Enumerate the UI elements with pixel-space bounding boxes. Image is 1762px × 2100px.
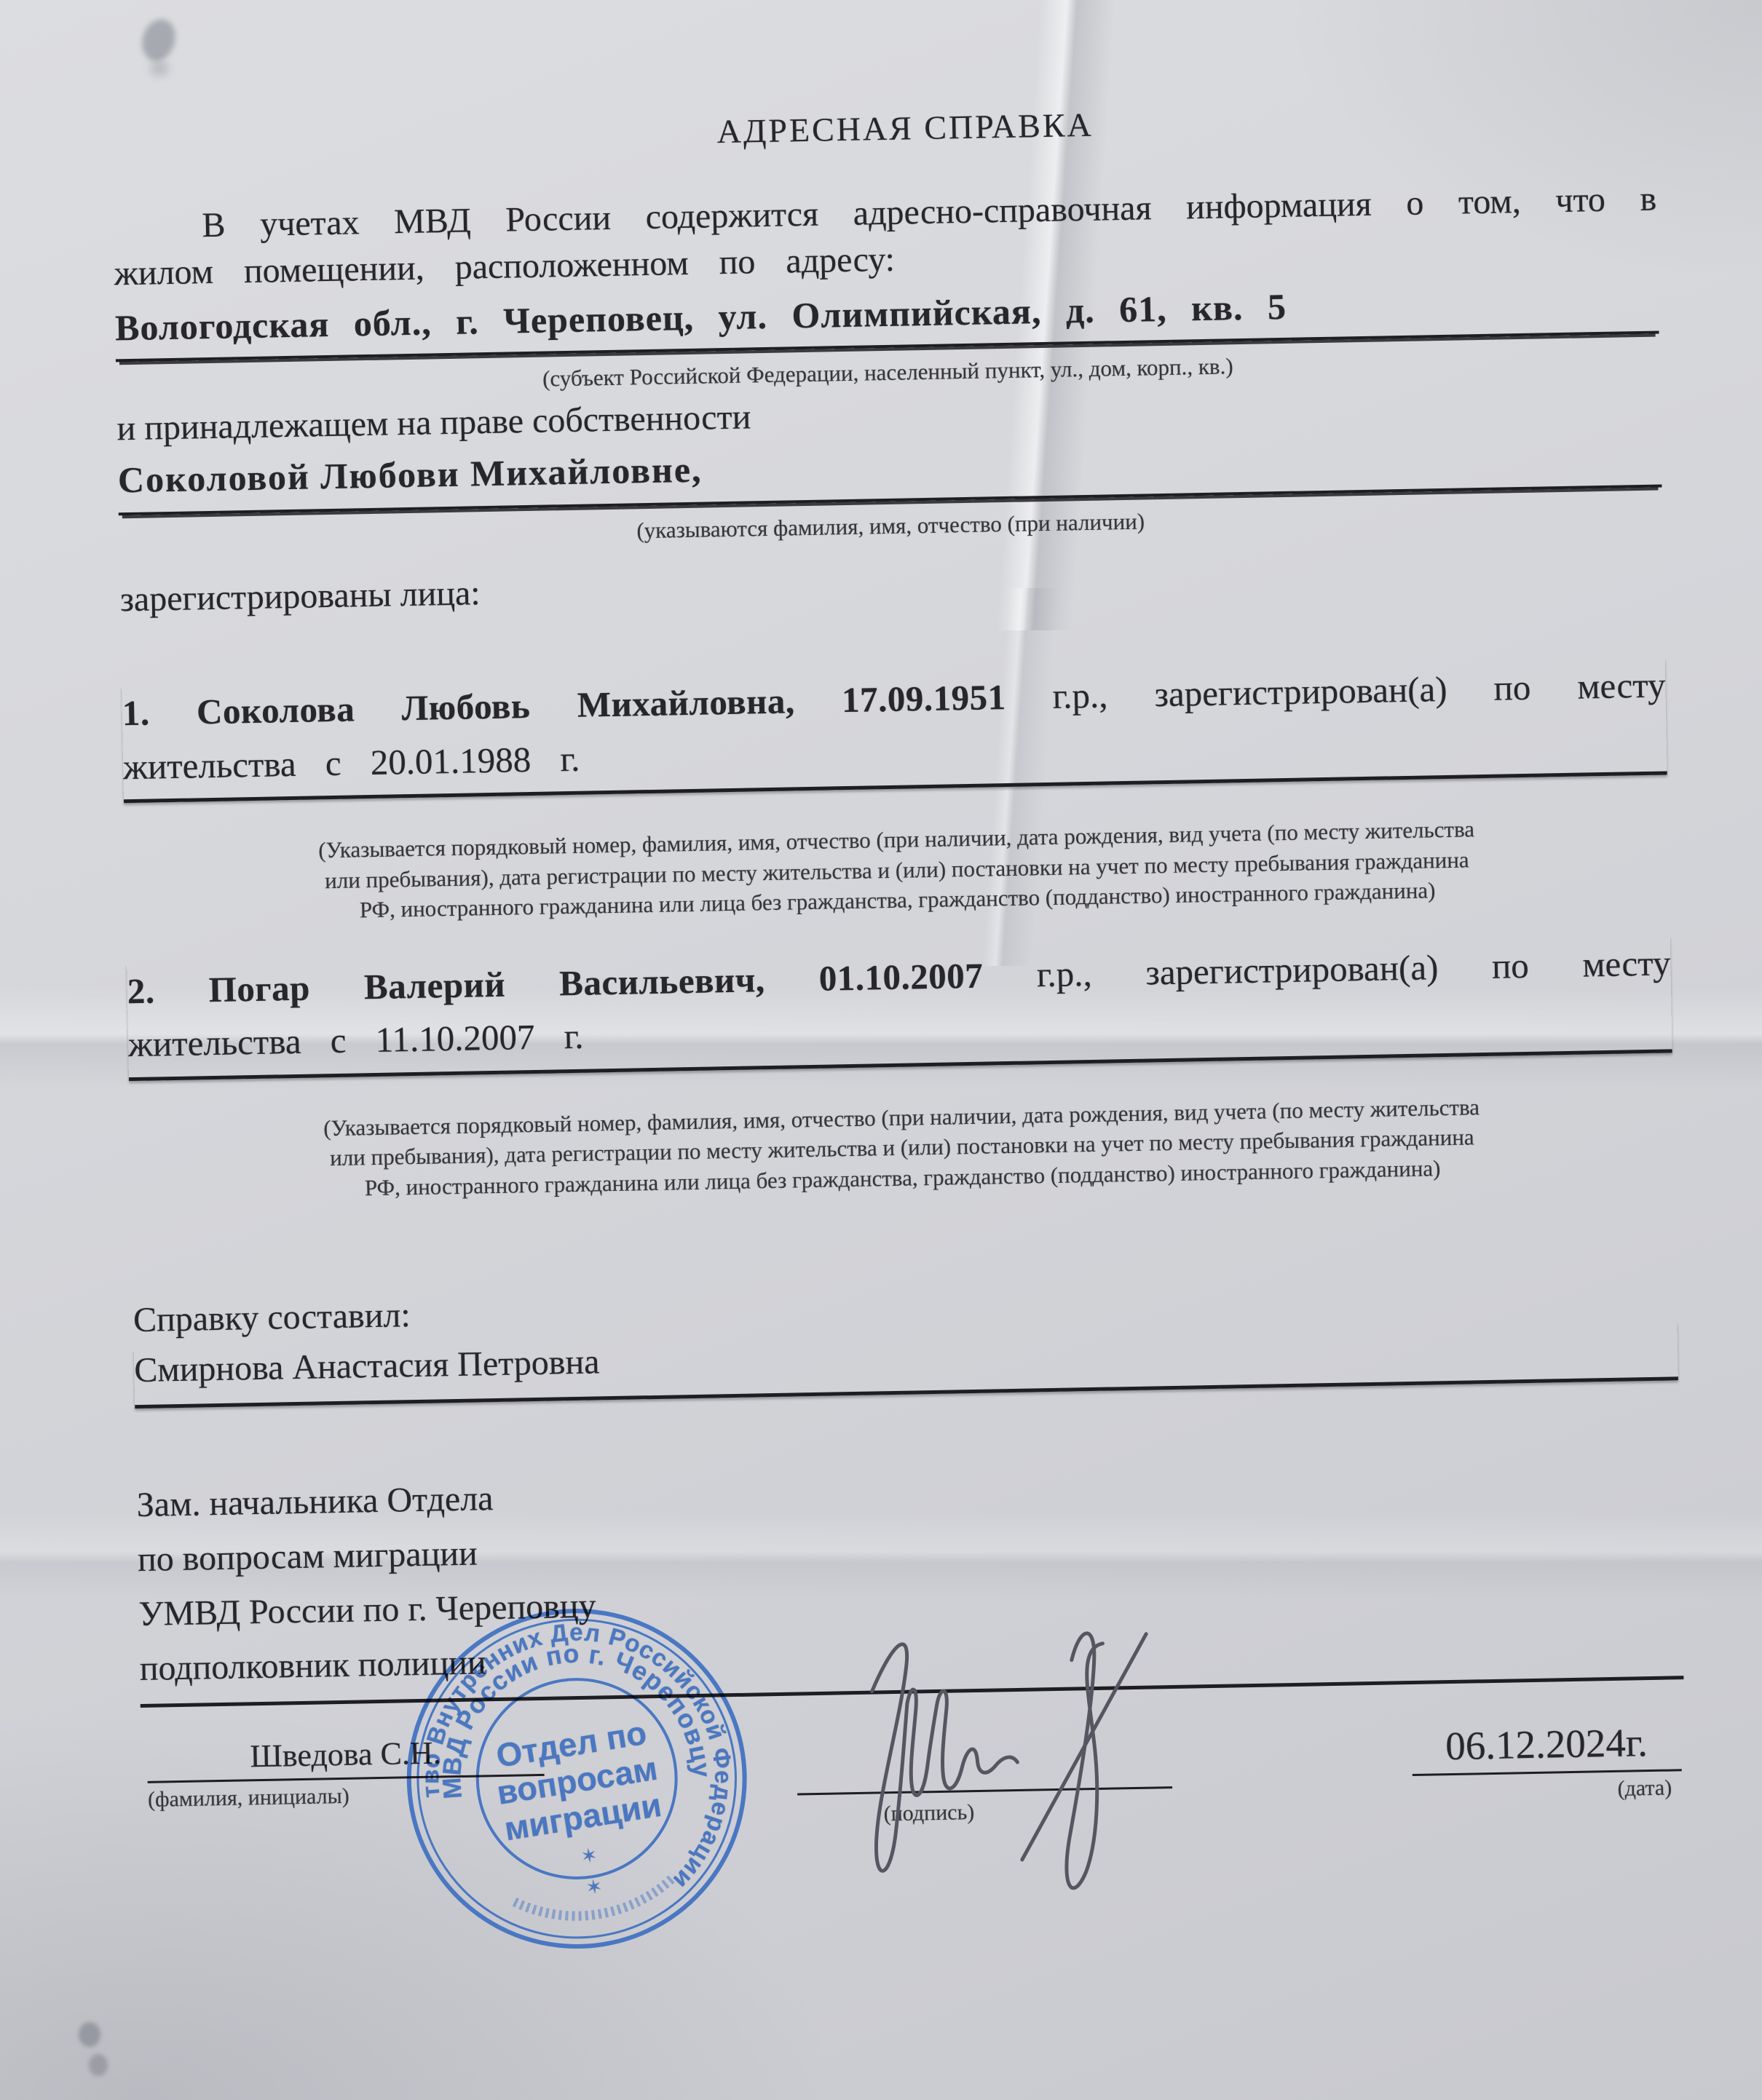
document-title: АДРЕСНАЯ СПРАВКА: [155, 95, 1656, 162]
intro-paragraph: В учетах МВД России содержится адресно-с…: [113, 176, 1658, 298]
entry-1-footnote: (Указывается порядковый номер, фамилия, …: [125, 811, 1670, 930]
stamp-star-icon: ✶: [585, 1875, 604, 1899]
registered-entry-1: 1. Соколова Любовь Михайловна, 17.09.195…: [122, 659, 1667, 804]
photo-of-document: АДРЕСНАЯ СПРАВКА В учетах МВД России сод…: [0, 0, 1762, 2100]
date-block: 06.12.2024г. (дата): [1412, 1719, 1683, 1805]
signature-row: Шведова С.Н. (фамилия, инициалы) (подпис…: [141, 1691, 1690, 2032]
registered-entry-2: 2. Погар Валерий Васильевич, 01.10.2007 …: [127, 936, 1672, 1081]
paper-smudge: [79, 2022, 100, 2047]
entry-2-bold-part: 2. Погар Валерий Васильевич, 01.10.2007: [127, 955, 983, 1011]
stamp-star-icon: ✶: [580, 1844, 598, 1868]
official-stamp: Министерство Внутренних Дел Российской Ф…: [397, 1599, 756, 1959]
date-note: (дата): [1413, 1775, 1683, 1805]
handwritten-signature: [762, 1613, 1182, 1941]
paper-smudge: [89, 2054, 108, 2076]
date-value: 06.12.2024г.: [1412, 1719, 1682, 1776]
document-sheet: АДРЕСНАЯ СПРАВКА В учетах МВД России сод…: [109, 0, 1689, 2032]
entry-1-bold-part: 1. Соколова Любовь Михайловна, 17.09.195…: [122, 677, 1006, 733]
registered-persons-label: зарегистрированы лица:: [119, 552, 1664, 620]
entry-2-footnote: (Указывается порядковый номер, фамилия, …: [130, 1088, 1675, 1207]
